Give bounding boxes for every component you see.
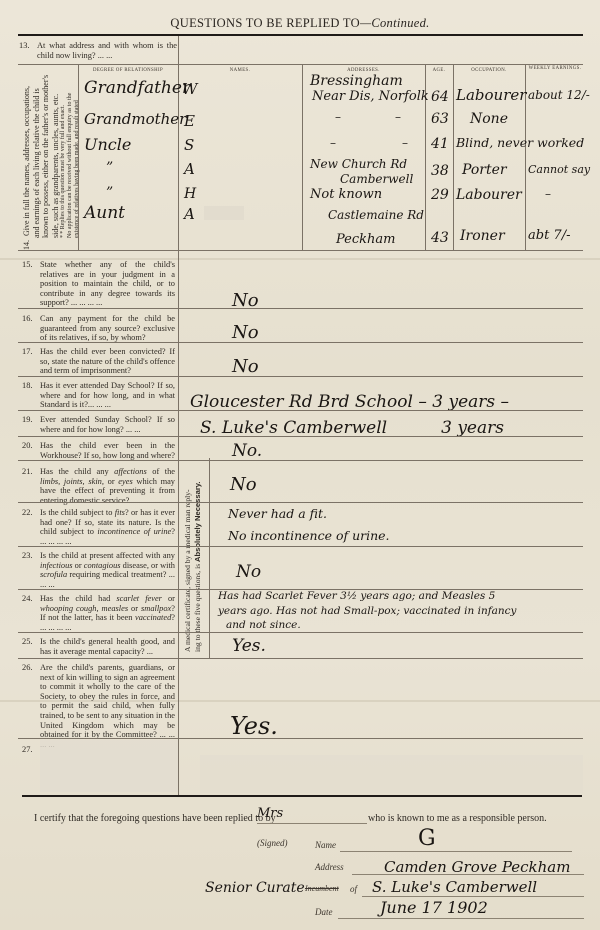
earnings-cell: Cannot say bbox=[528, 163, 590, 176]
question-19: 19. Ever attended Sunday School? If so w… bbox=[40, 415, 175, 434]
column-divider bbox=[209, 458, 210, 658]
address-cell: Not known bbox=[310, 187, 382, 202]
divider bbox=[18, 250, 583, 251]
answer-18: Gloucester Rd Brd School – 3 years – bbox=[190, 392, 509, 412]
form-page: QUESTIONS TO BE REPLIED TO—Continued. 13… bbox=[0, 0, 600, 930]
divider bbox=[18, 376, 583, 377]
table-divider bbox=[453, 64, 454, 250]
question-17: 17. Has the child ever been convicted? I… bbox=[40, 347, 175, 376]
column-header-names: NAMES. bbox=[180, 68, 300, 74]
answer-22-line1: Never had a fit. bbox=[228, 506, 327, 521]
question-14: 14. Give in full the names, addresses, o… bbox=[22, 75, 81, 250]
divider bbox=[18, 658, 583, 659]
answer-24-line1: Has had Scarlet Fever 3½ years ago; and … bbox=[218, 590, 495, 602]
question-20: 20. Has the child ever been in the Workh… bbox=[40, 441, 175, 460]
parish-line bbox=[362, 896, 584, 897]
divider bbox=[178, 36, 179, 64]
title-rule bbox=[18, 34, 583, 36]
question-23: 23. Is the child at present affected wit… bbox=[40, 551, 175, 589]
table-divider bbox=[302, 64, 303, 250]
date-label: Date bbox=[315, 907, 333, 917]
name-cell: S bbox=[184, 136, 194, 154]
name-signature: G bbox=[418, 826, 436, 851]
answer-19: S. Luke's Camberwell 3 years bbox=[200, 418, 504, 438]
address-cell: – bbox=[402, 136, 408, 150]
divider bbox=[18, 64, 583, 65]
question-24: 24. Has the child had scarlet fever or w… bbox=[40, 594, 175, 632]
address-cell: Castlemaine Rd bbox=[328, 208, 424, 222]
address-cell: New Church Rd bbox=[310, 157, 407, 171]
answer-16: No bbox=[232, 322, 259, 343]
occupation-cell: Ironer bbox=[460, 228, 505, 244]
occupation-cell: Labourer bbox=[456, 86, 526, 104]
column-header-weekly-earnings: WEEKLY EARNINGS. bbox=[527, 66, 583, 72]
question-16: 16. Can any payment for the child be gua… bbox=[40, 314, 175, 343]
name-cell: E bbox=[184, 112, 195, 130]
address-cell: – bbox=[395, 110, 401, 124]
table-divider bbox=[78, 64, 79, 250]
answer-22-line2: No incontinence of urine. bbox=[228, 528, 390, 543]
address-label: Address bbox=[315, 862, 344, 872]
divider bbox=[18, 632, 583, 633]
answer-20: No. bbox=[232, 441, 262, 461]
section-rule bbox=[22, 795, 582, 797]
page-title: QUESTIONS TO BE REPLIED TO—Continued. bbox=[0, 16, 600, 31]
name-cell: A bbox=[184, 205, 195, 223]
age-cell: 29 bbox=[431, 187, 449, 203]
address-cell: Bressingham bbox=[310, 73, 403, 89]
divider bbox=[18, 460, 583, 461]
address-cell: – bbox=[330, 136, 336, 150]
divider bbox=[18, 436, 583, 437]
parish-value: S. Luke's Camberwell bbox=[372, 878, 537, 896]
redacted-area bbox=[40, 740, 178, 792]
answer-24-line2: years ago. Has not had Small-pox; vaccin… bbox=[218, 605, 516, 617]
question-13: 13. At what address and with whom is the… bbox=[37, 41, 177, 60]
divider bbox=[18, 308, 583, 309]
medical-certificate-note: A medical certificate, signed by a medic… bbox=[183, 481, 203, 652]
answer-26: Yes. bbox=[230, 712, 278, 740]
replied-by-field: Mrs bbox=[257, 806, 283, 821]
question-26: 26. Are the child's parents, guardians, … bbox=[40, 663, 175, 749]
name-cell: W bbox=[182, 80, 197, 98]
age-cell: 64 bbox=[431, 89, 449, 105]
occupation-cell: None bbox=[470, 111, 508, 127]
question-22: 22. Is the child subject to fits? or has… bbox=[40, 508, 175, 546]
age-cell: 38 bbox=[431, 163, 449, 179]
title-handwritten: Senior Curate bbox=[205, 880, 305, 896]
occupation-cell: Labourer bbox=[456, 187, 522, 203]
divider bbox=[18, 502, 583, 503]
divider bbox=[18, 546, 583, 547]
address-cell: Camberwell bbox=[340, 172, 413, 186]
relationship-cell: Aunt bbox=[84, 203, 125, 223]
relationship-cell: ” bbox=[106, 185, 113, 201]
address-value: Camden Grove Peckham bbox=[384, 858, 570, 876]
column-header-age: AGE. bbox=[427, 68, 451, 74]
column-divider bbox=[178, 250, 179, 795]
question-21: 21. Has the child any affections of the … bbox=[40, 467, 175, 505]
redacted-area bbox=[204, 206, 244, 220]
occupation-cell: Blind, never worked bbox=[456, 135, 584, 150]
certification-statement: I certify that the foregoing questions h… bbox=[34, 813, 276, 824]
column-header-occupation: OCCUPATION. bbox=[455, 68, 523, 74]
relationship-cell: Grandfather bbox=[84, 78, 190, 98]
age-cell: 43 bbox=[431, 230, 449, 246]
date-line bbox=[338, 918, 584, 919]
relationship-cell: Uncle bbox=[84, 135, 131, 154]
answer-21: No bbox=[230, 474, 257, 495]
earnings-cell: abt 7/- bbox=[528, 228, 570, 243]
question-15: 15. State whether any of the child's rel… bbox=[40, 260, 175, 308]
divider bbox=[18, 342, 583, 343]
earnings-cell: – bbox=[545, 187, 551, 201]
question-25: 25. Is the child's general health good, … bbox=[40, 637, 175, 656]
earnings-cell: about 12/- bbox=[528, 88, 590, 102]
divider bbox=[18, 738, 583, 739]
column-header-relationship: DEGREE OF RELATIONSHIP bbox=[80, 68, 176, 74]
date-value: June 17 1902 bbox=[380, 898, 488, 917]
age-cell: 63 bbox=[431, 111, 449, 127]
answer-17: No bbox=[232, 356, 259, 377]
of-label: of bbox=[350, 884, 357, 894]
answer-24-line3: and not since. bbox=[226, 619, 301, 631]
incumbent-struck-label: Incumbent bbox=[305, 884, 339, 893]
relationship-cell: Grandmother bbox=[84, 110, 186, 128]
name-cell: H bbox=[184, 186, 196, 202]
replied-by-line bbox=[257, 823, 367, 824]
answer-23: No bbox=[236, 562, 261, 582]
divider bbox=[18, 410, 583, 411]
address-cell: Near Dis, Norfolk bbox=[312, 89, 429, 104]
redacted-area bbox=[200, 755, 583, 793]
occupation-cell: Porter bbox=[462, 162, 507, 178]
address-cell: Peckham bbox=[336, 232, 395, 247]
certification-suffix: who is known to me as a responsible pers… bbox=[368, 813, 547, 824]
relationship-cell: ” bbox=[106, 160, 113, 176]
question-18: 18. Has it ever attended Day School? If … bbox=[40, 381, 175, 410]
age-cell: 41 bbox=[431, 136, 449, 152]
name-label: Name bbox=[315, 840, 336, 850]
address-cell: – bbox=[335, 110, 341, 124]
signed-label: (Signed) bbox=[257, 838, 288, 848]
name-line bbox=[340, 851, 572, 852]
answer-25: Yes. bbox=[232, 636, 266, 656]
name-cell: A bbox=[184, 160, 195, 178]
